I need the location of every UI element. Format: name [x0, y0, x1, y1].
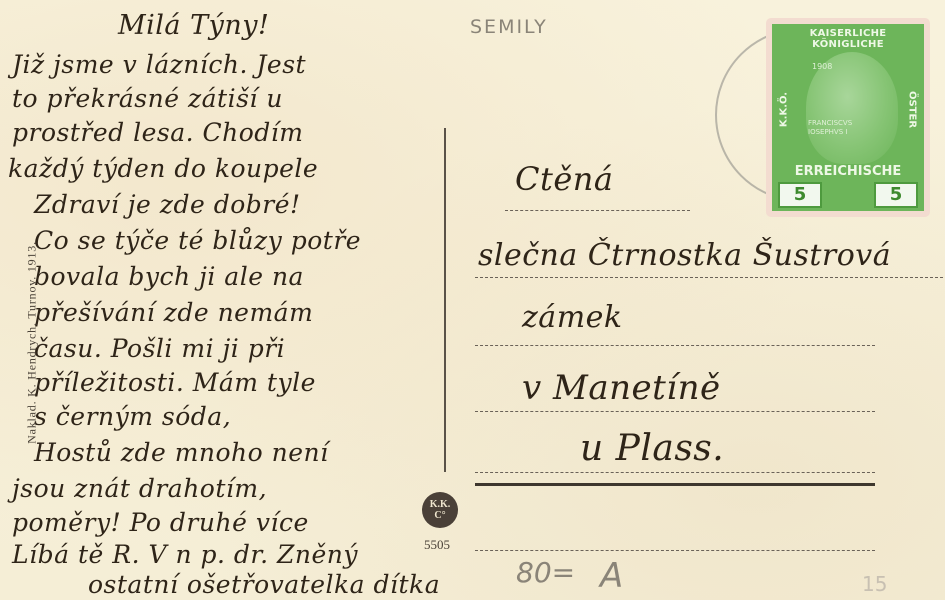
stamp-year: 1908: [812, 62, 832, 71]
logo-text-top: K.K.: [430, 499, 451, 510]
message-line: Hostů zde mnoho není: [34, 438, 329, 467]
card-number: 5505: [424, 537, 450, 553]
message-line: jsou znát drahotím,: [12, 474, 267, 503]
message-line: to překrásné zátiší u: [12, 84, 283, 113]
stamp-value-left: 5: [778, 182, 822, 208]
message-line: každý týden do koupele: [8, 154, 318, 183]
address-line: zámek: [522, 300, 623, 335]
message-line: prostřed lesa. Chodím: [12, 118, 303, 147]
center-divider: [444, 128, 446, 472]
stamp-top-text: KAISERLICHE KÖNIGLICHE: [772, 28, 924, 50]
stamp-left-text: K.K.Ö.: [779, 50, 790, 170]
address-rule: [475, 277, 943, 278]
address-line: slečna Čtrnostka Šustrová: [478, 238, 891, 273]
address-rule: [475, 411, 875, 412]
pencil-note-price: 80=: [516, 556, 575, 589]
address-rule-thick: [475, 483, 875, 486]
stamp-right-text: ÖSTER: [907, 50, 918, 170]
address-rule: [475, 550, 875, 551]
publisher-logo-icon: K.K. C°: [422, 492, 458, 528]
message-line: ostatní ošetřovatelka dítka: [88, 570, 440, 599]
message-line: bovala bych ji ale na: [34, 262, 304, 291]
logo-text-bottom: C°: [434, 510, 445, 521]
stamp-bottom-text: ERREICHISCHE: [772, 164, 924, 179]
pencil-note-place: SEMILY: [470, 16, 548, 38]
pencil-note-grade: A: [600, 556, 623, 596]
message-line: Líbá tě R. V n p. dr. Zněný: [12, 540, 358, 569]
stamp-name: FRANCISCVS IOSEPHVS I: [808, 119, 848, 137]
salutation: Milá Týny!: [118, 10, 269, 41]
stamp-value-right: 5: [874, 182, 918, 208]
message-line: s černým sóda,: [34, 402, 231, 431]
message-line: času. Pošli mi ji při: [34, 334, 285, 363]
message-line: přešívání zde nemám: [34, 298, 313, 327]
pencil-note-corner: 15: [862, 572, 887, 596]
publisher-imprint: Naklad. K. Hendrych, Turnov. 1913.: [25, 233, 40, 453]
address-rule: [505, 210, 690, 211]
message-line: poměry! Po druhé více: [12, 508, 309, 537]
address-line: u Plass.: [580, 428, 724, 469]
address-rule: [475, 345, 875, 346]
stamp-face: KAISERLICHE KÖNIGLICHE K.K.Ö. ÖSTER 1908…: [772, 24, 924, 211]
postcard-back: Milá Týny! Již jsme v lázních. Jest to p…: [0, 0, 945, 600]
address-rule: [475, 472, 875, 473]
message-line: Již jsme v lázních. Jest: [12, 50, 306, 79]
message-line: příležitosti. Mám tyle: [34, 368, 316, 397]
message-line: Co se týče té blůzy potře: [34, 226, 361, 255]
postage-stamp: KAISERLICHE KÖNIGLICHE K.K.Ö. ÖSTER 1908…: [768, 20, 928, 215]
address-line: v Manetíně: [522, 368, 721, 408]
address-line: Ctěná: [515, 160, 613, 198]
message-line: Zdraví je zde dobré!: [34, 190, 301, 219]
